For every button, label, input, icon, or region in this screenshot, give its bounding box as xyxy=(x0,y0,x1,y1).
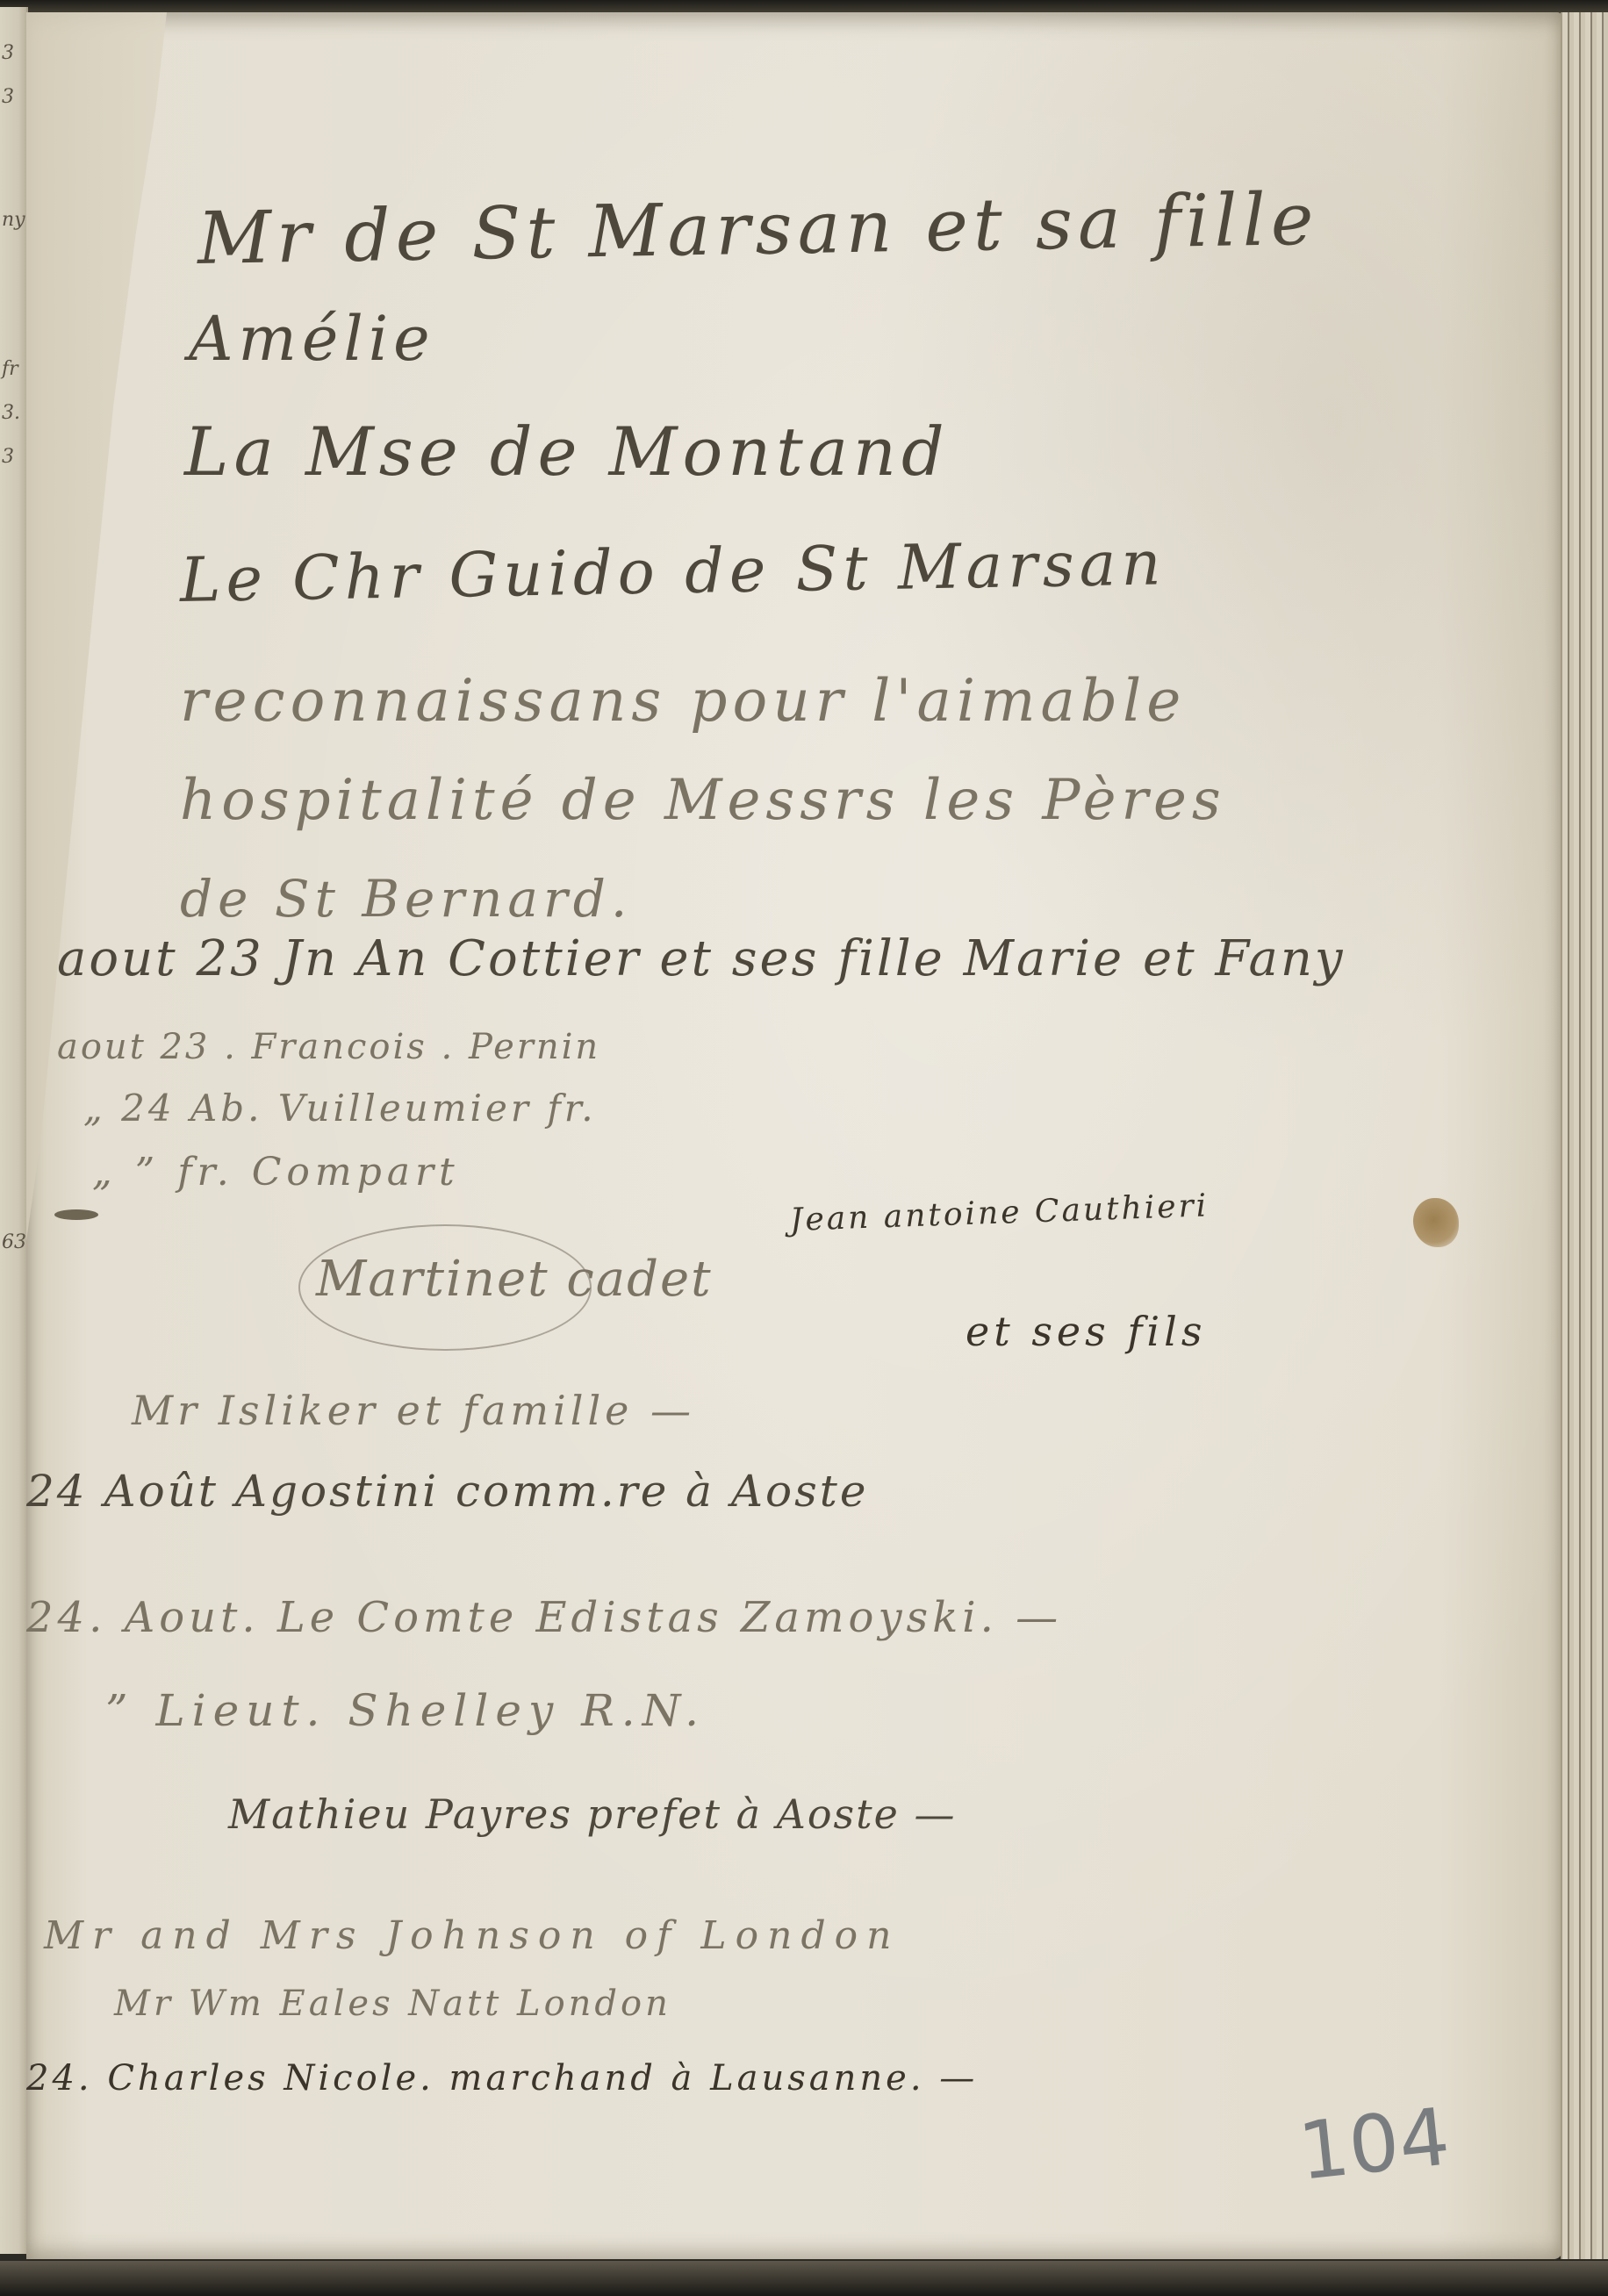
ink-blot xyxy=(54,1209,98,1220)
entry-line: Mr and Mrs Johnson of London xyxy=(44,1913,900,1958)
entry-line: aout 23 Jn An Cottier et ses fille Marie… xyxy=(57,930,1346,987)
entry-line: de St Bernard. xyxy=(180,869,632,929)
entry-line: et ses fils xyxy=(966,1308,1206,1355)
page-number: 104 xyxy=(1295,2091,1454,2198)
margin-fragment: fr xyxy=(2,358,18,380)
right-page-edges xyxy=(1561,12,1608,2259)
margin-fragment: ny xyxy=(2,209,25,231)
entry-line: Mathieu Payres prefet à Aoste — xyxy=(228,1790,956,1838)
entry-line: ” Lieut. Shelley R.N. xyxy=(105,1685,706,1736)
bottom-binding-edge xyxy=(0,2261,1608,2296)
entry-line: La Mse de Montand xyxy=(184,413,950,491)
margin-fragment: 63 xyxy=(2,1231,26,1253)
left-page-sliver: 3 3 ny fr 3. 3 63 xyxy=(0,7,28,2254)
entry-line: reconnaissans pour l'aimable xyxy=(180,667,1186,735)
entry-line: 24. Aout. Le Comte Edistas Zamoyski. — xyxy=(26,1593,1062,1642)
entry-line: „ ” fr. Compart xyxy=(92,1150,460,1195)
entry-line: Mr Isliker et famille — xyxy=(132,1387,695,1434)
entry-line: Amélie xyxy=(189,303,435,375)
entry-line: Mr Wm Eales Natt London xyxy=(114,1984,671,2024)
entry-line: aout 23 . Francois . Pernin xyxy=(57,1027,600,1067)
margin-fragment: 3 xyxy=(2,446,14,468)
margin-fragment: 3. xyxy=(2,402,20,424)
margin-fragment: 3 xyxy=(2,42,14,64)
entry-line: hospitalité de Messrs les Pères xyxy=(180,768,1226,833)
margin-fragment: 3 xyxy=(2,86,14,108)
ink-stain xyxy=(1413,1198,1459,1247)
entry-line: 24 Août Agostini comm.re à Aoste xyxy=(26,1466,868,1517)
entry-line: 24. Charles Nicole. marchand à Lausanne.… xyxy=(26,2058,978,2099)
entry-line: „ 24 Ab. Vuilleumier fr. xyxy=(83,1087,597,1130)
entry-line: Martinet cadet xyxy=(316,1251,713,1308)
manuscript-scan: 3 3 ny fr 3. 3 63 Mr de St Marsan et sa … xyxy=(0,0,1608,2296)
